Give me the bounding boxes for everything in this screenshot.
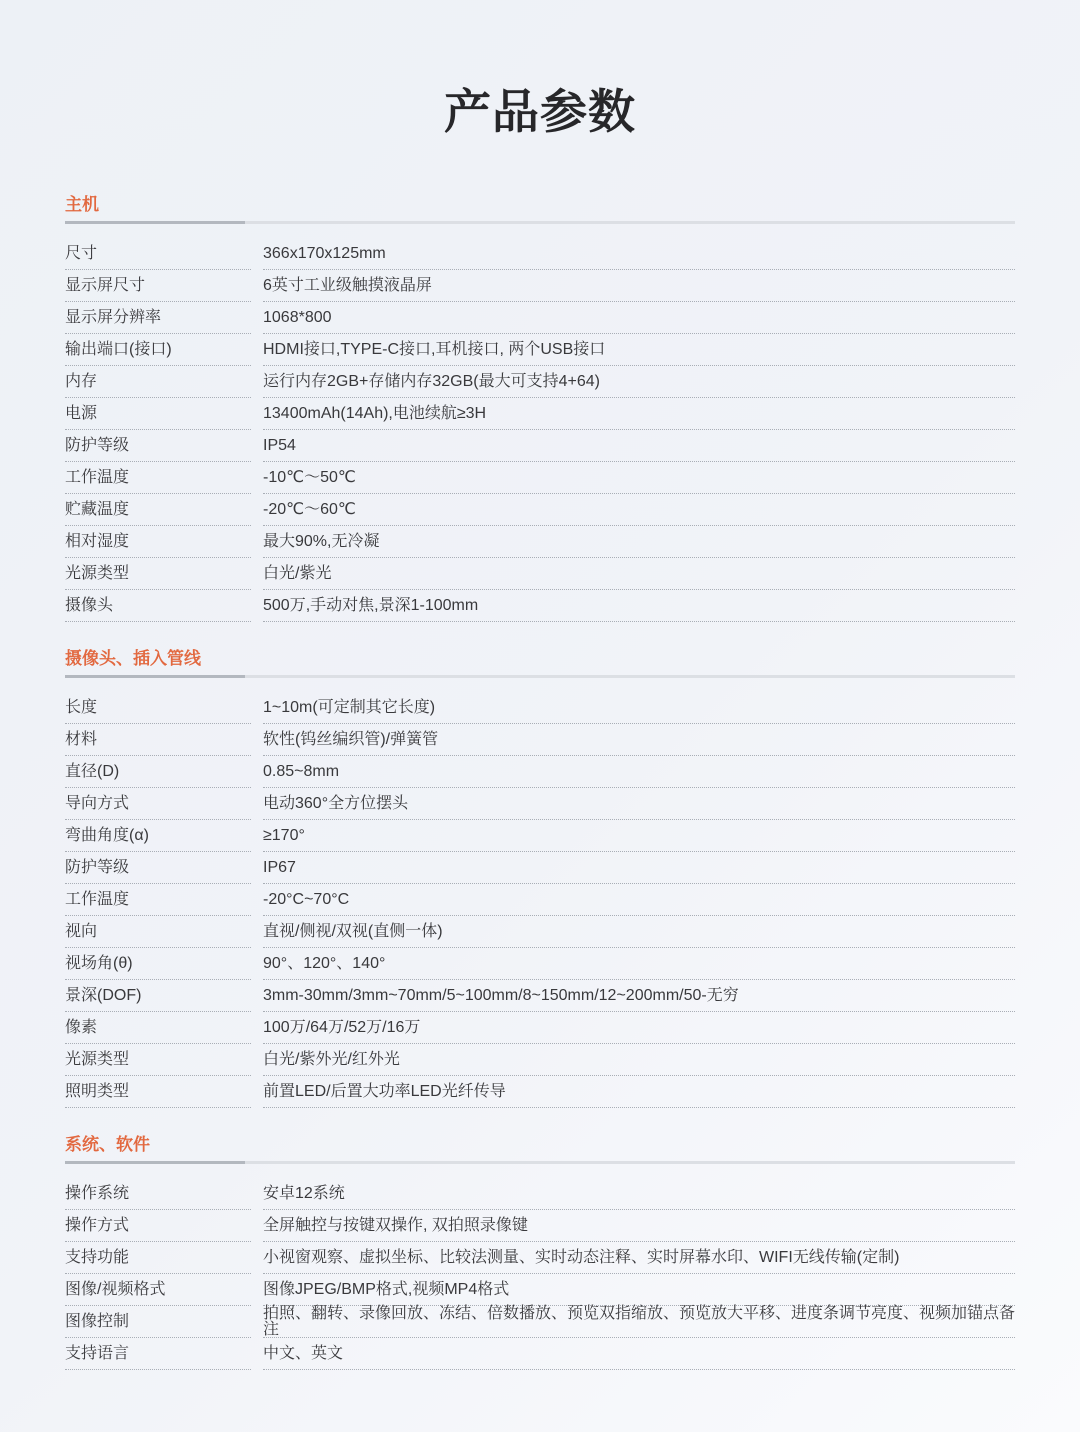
spec-row-value: 前置LED/后置大功率LED光纤传导: [263, 1076, 1015, 1108]
spec-row-value: 软性(钨丝编织管)/弹簧管: [263, 724, 1015, 756]
spec-row: 贮藏温度 -20℃～60℃: [65, 494, 1015, 526]
spec-rows: 尺寸 366x170x125mm 显示屏尺寸 6英寸工业级触摸液晶屏 显示屏分辨…: [65, 238, 1015, 622]
spec-row-value: 安卓12系统: [263, 1178, 1015, 1210]
spec-row: 工作温度 -20°C~70°C: [65, 884, 1015, 916]
spec-row: 支持功能 小视窗观察、虚拟坐标、比较法测量、实时动态注释、实时屏幕水印、WIFI…: [65, 1242, 1015, 1274]
spec-row-label: 显示屏尺寸: [65, 270, 251, 302]
spec-row-label: 防护等级: [65, 852, 251, 884]
spec-row-label: 导向方式: [65, 788, 251, 820]
section-divider-accent: [65, 1161, 245, 1164]
spec-row-label: 摄像头: [65, 590, 251, 622]
spec-row-value: -20℃～60℃: [263, 494, 1015, 526]
spec-row: 内存 运行内存2GB+存储内存32GB(最大可支持4+64): [65, 366, 1015, 398]
spec-row-value: 366x170x125mm: [263, 238, 1015, 270]
spec-row: 工作温度 -10℃～50℃: [65, 462, 1015, 494]
spec-row: 摄像头 500万,手动对焦,景深1-100mm: [65, 590, 1015, 622]
spec-row: 长度 1~10m(可定制其它长度): [65, 692, 1015, 724]
spec-row: 显示屏分辨率 1068*800: [65, 302, 1015, 334]
spec-rows: 操作系统 安卓12系统 操作方式 全屏触控与按键双操作, 双拍照录像键 支持功能…: [65, 1178, 1015, 1370]
spec-row-value: 最大90%,无冷凝: [263, 526, 1015, 558]
section-divider-accent: [65, 221, 245, 224]
spec-row-value: 中文、英文: [263, 1338, 1015, 1370]
spec-row-value: 90°、120°、140°: [263, 948, 1015, 980]
spec-row-value: 电动360°全方位摆头: [263, 788, 1015, 820]
spec-row-label: 工作温度: [65, 884, 251, 916]
section-divider: [65, 1161, 1015, 1164]
section-title: 系统、软件: [65, 1134, 1015, 1155]
spec-row-value: IP54: [263, 430, 1015, 462]
spec-row-label: 图像/视频格式: [65, 1274, 251, 1306]
spec-row-value: 白光/紫外光/红外光: [263, 1044, 1015, 1076]
spec-row: 材料 软性(钨丝编织管)/弹簧管: [65, 724, 1015, 756]
spec-row-value: -20°C~70°C: [263, 884, 1015, 916]
spec-row: 图像控制 拍照、翻转、录像回放、冻结、倍数播放、预览双指缩放、预览放大平移、进度…: [65, 1306, 1015, 1338]
page-title: 产品参数: [65, 0, 1015, 140]
spec-section: 摄像头、插入管线 长度 1~10m(可定制其它长度) 材料 软性(钨丝编织管)/…: [65, 648, 1015, 1108]
spec-row-label: 电源: [65, 398, 251, 430]
spec-row-value: 拍照、翻转、录像回放、冻结、倍数播放、预览双指缩放、预览放大平移、进度条调节亮度…: [263, 1306, 1015, 1338]
spec-row-label: 视场角(θ): [65, 948, 251, 980]
spec-row-label: 操作系统: [65, 1178, 251, 1210]
spec-row-value: 小视窗观察、虚拟坐标、比较法测量、实时动态注释、实时屏幕水印、WIFI无线传输(…: [263, 1242, 1015, 1274]
spec-row-value: 0.85~8mm: [263, 756, 1015, 788]
spec-row: 直径(D) 0.85~8mm: [65, 756, 1015, 788]
spec-row: 防护等级 IP54: [65, 430, 1015, 462]
spec-row: 电源 13400mAh(14Ah),电池续航≥3H: [65, 398, 1015, 430]
spec-row-label: 支持语言: [65, 1338, 251, 1370]
spec-row-label: 贮藏温度: [65, 494, 251, 526]
spec-row-label: 材料: [65, 724, 251, 756]
spec-row: 光源类型 白光/紫光: [65, 558, 1015, 590]
spec-row-value: 1068*800: [263, 302, 1015, 334]
spec-row: 图像/视频格式 图像JPEG/BMP格式,视频MP4格式: [65, 1274, 1015, 1306]
spec-row-label: 防护等级: [65, 430, 251, 462]
section-title: 主机: [65, 194, 1015, 215]
spec-row-label: 长度: [65, 692, 251, 724]
spec-row-value: 1~10m(可定制其它长度): [263, 692, 1015, 724]
spec-row-value: 100万/64万/52万/16万: [263, 1012, 1015, 1044]
section-title: 摄像头、插入管线: [65, 648, 1015, 669]
spec-row-value: 13400mAh(14Ah),电池续航≥3H: [263, 398, 1015, 430]
spec-row-label: 像素: [65, 1012, 251, 1044]
spec-row: 视场角(θ) 90°、120°、140°: [65, 948, 1015, 980]
spec-row: 支持语言 中文、英文: [65, 1338, 1015, 1370]
section-divider: [65, 675, 1015, 678]
spec-row-value: 6英寸工业级触摸液晶屏: [263, 270, 1015, 302]
spec-row-label: 工作温度: [65, 462, 251, 494]
spec-row-label: 直径(D): [65, 756, 251, 788]
spec-row-value: 白光/紫光: [263, 558, 1015, 590]
spec-row-value: 图像JPEG/BMP格式,视频MP4格式: [263, 1274, 1015, 1306]
spec-row: 输出端口(接口) HDMI接口,TYPE-C接口,耳机接口, 两个USB接口: [65, 334, 1015, 366]
spec-row-value: 500万,手动对焦,景深1-100mm: [263, 590, 1015, 622]
spec-row: 操作方式 全屏触控与按键双操作, 双拍照录像键: [65, 1210, 1015, 1242]
spec-row-label: 图像控制: [65, 1306, 251, 1338]
spec-row-value: 3mm-30mm/3mm~70mm/5~100mm/8~150mm/12~200…: [263, 980, 1015, 1012]
spec-row: 操作系统 安卓12系统: [65, 1178, 1015, 1210]
spec-row-value: 直视/侧视/双视(直侧一体): [263, 916, 1015, 948]
spec-row-label: 操作方式: [65, 1210, 251, 1242]
spec-row: 相对湿度 最大90%,无冷凝: [65, 526, 1015, 558]
spec-row-label: 视向: [65, 916, 251, 948]
spec-row-value: HDMI接口,TYPE-C接口,耳机接口, 两个USB接口: [263, 334, 1015, 366]
spec-page: 产品参数 主机 尺寸 366x170x125mm 显示屏尺寸 6英寸工业级触摸液…: [0, 0, 1080, 1432]
spec-row-value: 运行内存2GB+存储内存32GB(最大可支持4+64): [263, 366, 1015, 398]
spec-section: 系统、软件 操作系统 安卓12系统 操作方式 全屏触控与按键双操作, 双拍照录像…: [65, 1134, 1015, 1370]
section-divider-accent: [65, 675, 245, 678]
spec-section: 主机 尺寸 366x170x125mm 显示屏尺寸 6英寸工业级触摸液晶屏 显示…: [65, 194, 1015, 622]
spec-sections: 主机 尺寸 366x170x125mm 显示屏尺寸 6英寸工业级触摸液晶屏 显示…: [65, 194, 1015, 1370]
spec-row-label: 景深(DOF): [65, 980, 251, 1012]
spec-row-label: 照明类型: [65, 1076, 251, 1108]
spec-row-label: 内存: [65, 366, 251, 398]
spec-row-label: 弯曲角度(α): [65, 820, 251, 852]
spec-row: 照明类型 前置LED/后置大功率LED光纤传导: [65, 1076, 1015, 1108]
spec-row: 导向方式 电动360°全方位摆头: [65, 788, 1015, 820]
spec-row-value: 全屏触控与按键双操作, 双拍照录像键: [263, 1210, 1015, 1242]
spec-row: 像素 100万/64万/52万/16万: [65, 1012, 1015, 1044]
spec-row-label: 支持功能: [65, 1242, 251, 1274]
spec-row-label: 尺寸: [65, 238, 251, 270]
spec-row-label: 输出端口(接口): [65, 334, 251, 366]
spec-row-label: 光源类型: [65, 1044, 251, 1076]
spec-row: 弯曲角度(α) ≥170°: [65, 820, 1015, 852]
section-divider: [65, 221, 1015, 224]
spec-row-label: 显示屏分辨率: [65, 302, 251, 334]
spec-row-label: 相对湿度: [65, 526, 251, 558]
spec-row: 视向 直视/侧视/双视(直侧一体): [65, 916, 1015, 948]
spec-row-label: 光源类型: [65, 558, 251, 590]
spec-row: 景深(DOF) 3mm-30mm/3mm~70mm/5~100mm/8~150m…: [65, 980, 1015, 1012]
spec-row: 光源类型 白光/紫外光/红外光: [65, 1044, 1015, 1076]
spec-row-value: -10℃～50℃: [263, 462, 1015, 494]
spec-row: 防护等级 IP67: [65, 852, 1015, 884]
spec-row: 显示屏尺寸 6英寸工业级触摸液晶屏: [65, 270, 1015, 302]
spec-rows: 长度 1~10m(可定制其它长度) 材料 软性(钨丝编织管)/弹簧管 直径(D)…: [65, 692, 1015, 1108]
spec-row: 尺寸 366x170x125mm: [65, 238, 1015, 270]
spec-row-value: IP67: [263, 852, 1015, 884]
spec-row-value: ≥170°: [263, 820, 1015, 852]
